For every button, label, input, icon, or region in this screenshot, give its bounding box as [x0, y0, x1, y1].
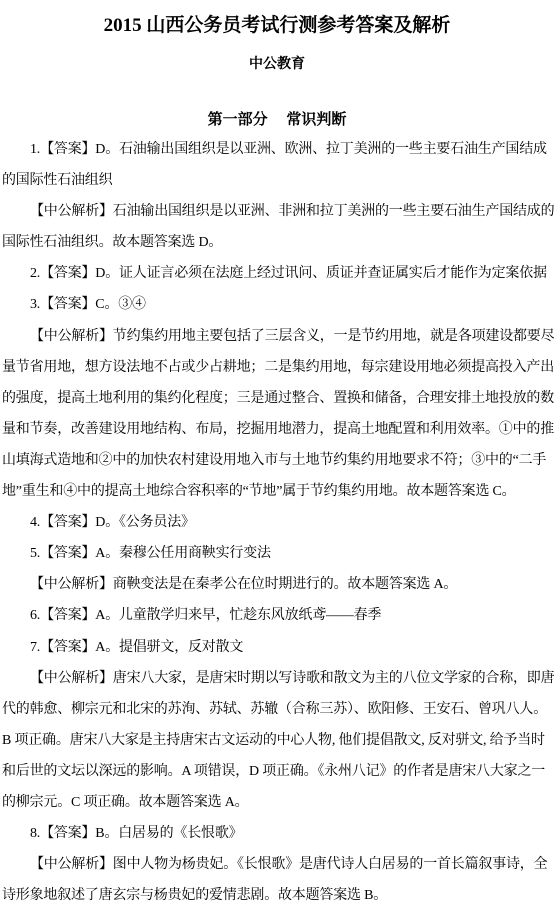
text-line: 1.【答案】D。石油输出国组织是以亚洲、欧洲、拉丁美洲的一些主要石油生产国结成 [2, 134, 553, 165]
text-line: 6.【答案】A。儿童散学归来早，忙趁东风放纸鸢——春季 [2, 600, 553, 631]
text-line: 的柳宗元。C 项正确。故本题答案选 A。 [2, 787, 553, 818]
text-line: 【中公解析】商鞅变法是在秦孝公在位时期进行的。故本题答案选 A。 [2, 569, 553, 600]
page-subtitle: 中公教育 [0, 53, 554, 73]
text-line: 和后世的文坛以深远的影响。A 项错误，D 项正确。《永州八记》的作者是唐宋八大家… [2, 756, 553, 787]
text-line: 代的韩愈、柳宗元和北宋的苏洵、苏轼、苏辙（合称三苏）、欧阳修、王安石、曾巩八人。 [2, 694, 553, 725]
text-line: 2.【答案】D。证人证言必须在法庭上经过讯问、质证并查证属实后才能作为定案依据 [2, 258, 553, 289]
text-line: 地”重生和④中的提高土地综合容积率的“节地”属于节约集约用地。故本题答案选 C。 [2, 476, 553, 507]
text-line: 【中公解析】节约集约用地主要包括了三层含义，一是节约用地，就是各项建设都要尽 [2, 321, 553, 352]
document-page: 2015 山西公务员考试行测参考答案及解析 中公教育 第一部分 常识判断 1.【… [0, 0, 554, 915]
text-line: 的国际性石油组织 [2, 165, 553, 196]
text-line: 【中公解析】唐宋八大家，是唐宋时期以写诗歌和散文为主的八位文学家的合称，即唐 [2, 663, 553, 694]
text-line: 国际性石油组织。故本题答案选 D。 [2, 227, 553, 258]
page-title: 2015 山西公务员考试行测参考答案及解析 [0, 10, 554, 37]
text-line: 量节省用地，想方设法地不占或少占耕地；二是集约用地，每宗建设用地必须提高投入产出 [2, 352, 553, 383]
text-line: 8.【答案】B。白居易的《长恨歌》 [2, 818, 553, 849]
text-line: 量和节奏，改善建设用地结构、布局，挖掘用地潜力，提高土地配置和利用效率。①中的推 [2, 414, 553, 445]
text-line: 山填海式造地和②中的加快农村建设用地入市与土地节约集约用地要求不符；③中的“二手 [2, 445, 553, 476]
document-body: 1.【答案】D。石油输出国组织是以亚洲、欧洲、拉丁美洲的一些主要石油生产国结成 … [2, 134, 553, 911]
text-line: 3.【答案】C。③④ [2, 289, 553, 320]
text-line: 【中公解析】图中人物为杨贵妃。《长恨歌》是唐代诗人白居易的一首长篇叙事诗，全 [2, 849, 553, 880]
text-line: 5.【答案】A。秦穆公任用商鞅实行变法 [2, 538, 553, 569]
text-line: 【中公解析】石油输出国组织是以亚洲、非洲和拉丁美洲的一些主要石油生产国结成的 [2, 196, 553, 227]
text-line: 4.【答案】D。《公务员法》 [2, 507, 553, 538]
text-line: 诗形象地叙述了唐玄宗与杨贵妃的爱情悲剧。故本题答案选 B。 [2, 880, 553, 911]
section-heading: 第一部分 常识判断 [0, 108, 554, 129]
text-line: 7.【答案】A。提倡骈文，反对散文 [2, 632, 553, 663]
text-line: B 项正确。唐宋八大家是主持唐宋古文运动的中心人物, 他们提倡散文, 反对骈文,… [2, 725, 553, 756]
text-line: 的强度，提高土地利用的集约化程度；三是通过整合、置换和储备，合理安排土地投放的数 [2, 383, 553, 414]
